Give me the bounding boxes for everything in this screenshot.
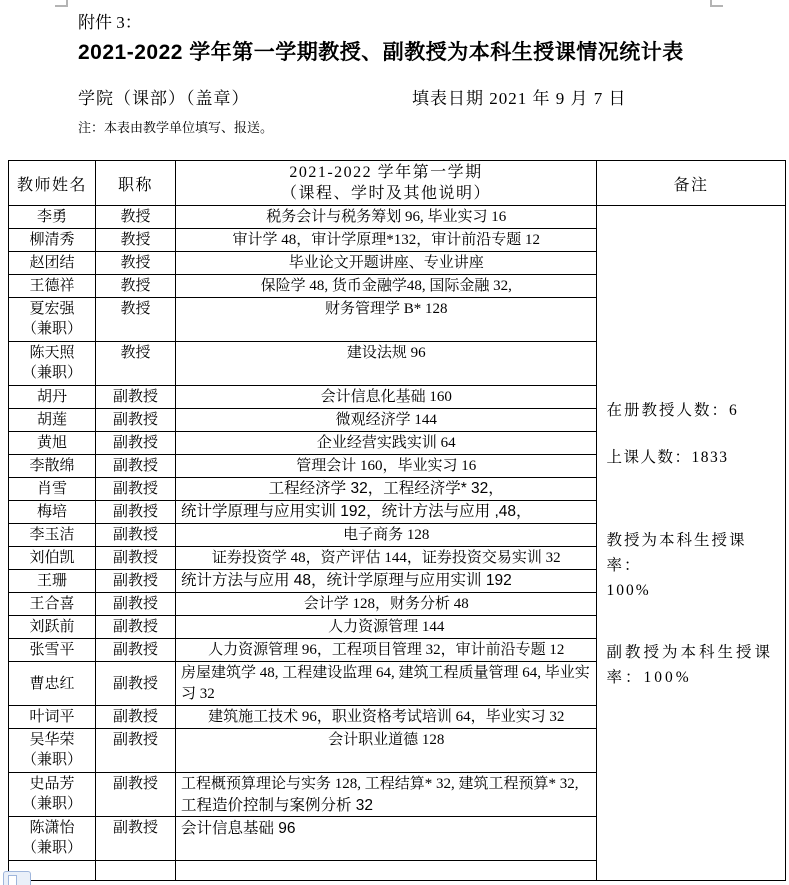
teacher-title-cell: [96, 861, 176, 880]
course-cell: [176, 861, 596, 880]
teacher-title-cell: 副教授: [96, 729, 176, 772]
table-row: 刘伯凯副教授证券投资学 48，资产评估 144，证券投资交易实训 32: [9, 547, 596, 570]
teacher-title-cell: 副教授: [96, 455, 176, 477]
teacher-name-cell: 肖雪: [9, 478, 96, 500]
paste-options-icon[interactable]: [3, 871, 31, 885]
teacher-name-cell: 刘跃前: [9, 616, 96, 638]
table-row: 夏宏强 （兼职）教授财务管理学 B* 128: [9, 298, 596, 342]
teacher-title-cell: 教授: [96, 252, 176, 274]
table-row: 王珊副教授统计方法与应用 48，统计学原理与应用实训 192: [9, 570, 596, 593]
teacher-title-cell: 副教授: [96, 478, 176, 500]
course-cell: 工程概预算理论与实务 128, 工程结算* 32, 建筑工程预算* 32, 工程…: [176, 773, 596, 816]
course-cell: 电子商务 128: [176, 524, 596, 546]
table-row: 王合喜副教授会计学 128，财务分析 48: [9, 593, 596, 616]
teacher-name-cell: 胡莲: [9, 409, 96, 431]
course-cell: 统计学原理与应用实训 192，统计方法与应用 ,48，: [176, 501, 596, 523]
table-row: 曹忠红副教授房屋建筑学 48, 工程建设监理 64, 建筑工程质量管理 64, …: [9, 662, 596, 706]
teacher-title-cell: 副教授: [96, 706, 176, 728]
table-row: 胡丹副教授会计信息化基础 160: [9, 386, 596, 409]
teacher-name-cell: 叶词平: [9, 706, 96, 728]
remark-note: 教授为本科生授课率： 100%: [606, 528, 781, 603]
teacher-title-cell: 副教授: [96, 524, 176, 546]
teacher-title-cell: 副教授: [96, 662, 176, 705]
teacher-title-cell: 副教授: [96, 386, 176, 408]
course-cell: 建设法规 96: [176, 342, 596, 385]
teacher-name-cell: 张雪平: [9, 639, 96, 661]
teacher-name-cell: 黄旭: [9, 432, 96, 454]
header-title: 职称: [96, 161, 176, 205]
course-cell: 微观经济学 144: [176, 409, 596, 431]
header-semester: 2021-2022 学年第一学期 （课程、学时及其他说明）: [176, 161, 597, 205]
table-row: 吴华荣 （兼职）副教授会计职业道德 128: [9, 729, 596, 773]
table-row: 陈天照 （兼职）教授建设法规 96: [9, 342, 596, 386]
teacher-title-cell: 副教授: [96, 570, 176, 592]
table-row: 肖雪副教授工程经济学 32，工程经济学* 32，: [9, 478, 596, 501]
teacher-name-cell: 赵团结: [9, 252, 96, 274]
teacher-title-cell: 教授: [96, 206, 176, 228]
header-teacher-name: 教师姓名: [9, 161, 96, 205]
statistics-table: 教师姓名 职称 2021-2022 学年第一学期 （课程、学时及其他说明） 备注…: [8, 160, 786, 881]
course-cell: 会计职业道德 128: [176, 729, 596, 772]
teacher-title-cell: 副教授: [96, 432, 176, 454]
table-header-row: 教师姓名 职称 2021-2022 学年第一学期 （课程、学时及其他说明） 备注: [9, 161, 785, 206]
remark-note: 副教授为本科生授课 率：100%: [606, 640, 781, 690]
teacher-title-cell: 教授: [96, 275, 176, 297]
teacher-name-cell: 李勇: [9, 206, 96, 228]
course-cell: 人力资源管理 96，工程项目管理 32，审计前沿专题 12: [176, 639, 596, 661]
table-row: 张雪平副教授人力资源管理 96，工程项目管理 32，审计前沿专题 12: [9, 639, 596, 662]
table-row: 李勇教授税务会计与税务筹划 96, 毕业实习 16: [9, 206, 596, 229]
teacher-title-cell: 副教授: [96, 773, 176, 816]
attachment-label: 附件 3：: [78, 8, 142, 33]
course-cell: 管理会计 160，毕业实习 16: [176, 455, 596, 477]
note-line: 注：本表由教学单位填写、报送。: [78, 117, 273, 136]
page-title: 2021-2022 学年第一学期教授、副教授为本科生授课情况统计表: [78, 36, 738, 66]
teacher-title-cell: 教授: [96, 229, 176, 251]
table-row: 李玉洁副教授电子商务 128: [9, 524, 596, 547]
teacher-name-cell: 柳清秀: [9, 229, 96, 251]
remark-note: 在册教授人数：6: [606, 398, 781, 423]
teacher-title-cell: 副教授: [96, 547, 176, 569]
teacher-title-cell: 副教授: [96, 501, 176, 523]
course-cell: 毕业论文开题讲座、专业讲座: [176, 252, 596, 274]
table-row: 叶词平副教授建筑施工技术 96，职业资格考试培训 64，毕业实习 32: [9, 706, 596, 729]
course-cell: 工程经济学 32，工程经济学* 32，: [176, 478, 596, 500]
table-row: 李散绵副教授管理会计 160，毕业实习 16: [9, 455, 596, 478]
course-cell: 保险学 48, 货币金融学48, 国际金融 32,: [176, 275, 596, 297]
remark-note: 上课人数：1833: [606, 445, 781, 470]
header-remark: 备注: [597, 161, 785, 205]
table-row: 刘跃前副教授人力资源管理 144: [9, 616, 596, 639]
table-row: 陈潇怡 （兼职）副教授会计信息基础 96: [9, 817, 596, 861]
teacher-name-cell: 刘伯凯: [9, 547, 96, 569]
college-seal-line: 学院（课部）（盖章）: [78, 84, 250, 109]
table-row: 王德祥教授保险学 48, 货币金融学48, 国际金融 32,: [9, 275, 596, 298]
fill-date: 填表日期 2021 年 9 月 7 日: [412, 84, 627, 109]
table-row: 胡莲副教授微观经济学 144: [9, 409, 596, 432]
course-cell: 企业经营实践实训 64: [176, 432, 596, 454]
table-body: 李勇教授税务会计与税务筹划 96, 毕业实习 16柳清秀教授审计学 48，审计学…: [9, 206, 785, 880]
page-boundary-mark-right: [710, 0, 723, 7]
document-page: 附件 3： 2021-2022 学年第一学期教授、副教授为本科生授课情况统计表 …: [0, 0, 789, 885]
course-cell: 人力资源管理 144: [176, 616, 596, 638]
teacher-rows: 李勇教授税务会计与税务筹划 96, 毕业实习 16柳清秀教授审计学 48，审计学…: [9, 206, 596, 880]
teacher-title-cell: 副教授: [96, 639, 176, 661]
teacher-name-cell: 曹忠红: [9, 662, 96, 705]
teacher-name-cell: 胡丹: [9, 386, 96, 408]
teacher-name-cell: 吴华荣 （兼职）: [9, 729, 96, 772]
teacher-title-cell: 教授: [96, 342, 176, 385]
table-row: 黄旭副教授企业经营实践实训 64: [9, 432, 596, 455]
course-cell: 审计学 48，审计学原理*132，审计前沿专题 12: [176, 229, 596, 251]
teacher-title-cell: 副教授: [96, 409, 176, 431]
teacher-name-cell: 陈潇怡 （兼职）: [9, 817, 96, 860]
teacher-name-cell: 王德祥: [9, 275, 96, 297]
page-boundary-mark-left: [55, 0, 68, 7]
course-cell: 会计信息化基础 160: [176, 386, 596, 408]
table-row: 柳清秀教授审计学 48，审计学原理*132，审计前沿专题 12: [9, 229, 596, 252]
teacher-name-cell: 梅培: [9, 501, 96, 523]
teacher-title-cell: 副教授: [96, 616, 176, 638]
table-row: 史品芳 （兼职）副教授工程概预算理论与实务 128, 工程结算* 32, 建筑工…: [9, 773, 596, 817]
course-cell: 税务会计与税务筹划 96, 毕业实习 16: [176, 206, 596, 228]
teacher-title-cell: 副教授: [96, 817, 176, 860]
teacher-name-cell: 夏宏强 （兼职）: [9, 298, 96, 341]
teacher-name-cell: 史品芳 （兼职）: [9, 773, 96, 816]
teacher-title-cell: 副教授: [96, 593, 176, 615]
teacher-name-cell: 陈天照 （兼职）: [9, 342, 96, 385]
course-cell: 房屋建筑学 48, 工程建设监理 64, 建筑工程质量管理 64, 毕业实习 3…: [176, 662, 596, 705]
table-row: [9, 861, 596, 880]
teacher-title-cell: 教授: [96, 298, 176, 341]
teacher-name-cell: 王合喜: [9, 593, 96, 615]
course-cell: 会计信息基础 96: [176, 817, 596, 860]
teacher-name-cell: 李玉洁: [9, 524, 96, 546]
course-cell: 建筑施工技术 96，职业资格考试培训 64，毕业实习 32: [176, 706, 596, 728]
course-cell: 会计学 128，财务分析 48: [176, 593, 596, 615]
course-cell: 证券投资学 48，资产评估 144，证券投资交易实训 32: [176, 547, 596, 569]
teacher-name-cell: 王珊: [9, 570, 96, 592]
table-row: 梅培副教授统计学原理与应用实训 192，统计方法与应用 ,48，: [9, 501, 596, 524]
remark-merged-cell: 在册教授人数：6上课人数：1833教授为本科生授课率： 100%副教授为本科生授…: [596, 206, 785, 880]
course-cell: 财务管理学 B* 128: [176, 298, 596, 341]
teacher-name-cell: 李散绵: [9, 455, 96, 477]
paste-options-sheet-glyph: [8, 875, 17, 885]
table-row: 赵团结教授毕业论文开题讲座、专业讲座: [9, 252, 596, 275]
course-cell: 统计方法与应用 48，统计学原理与应用实训 192: [176, 570, 596, 592]
